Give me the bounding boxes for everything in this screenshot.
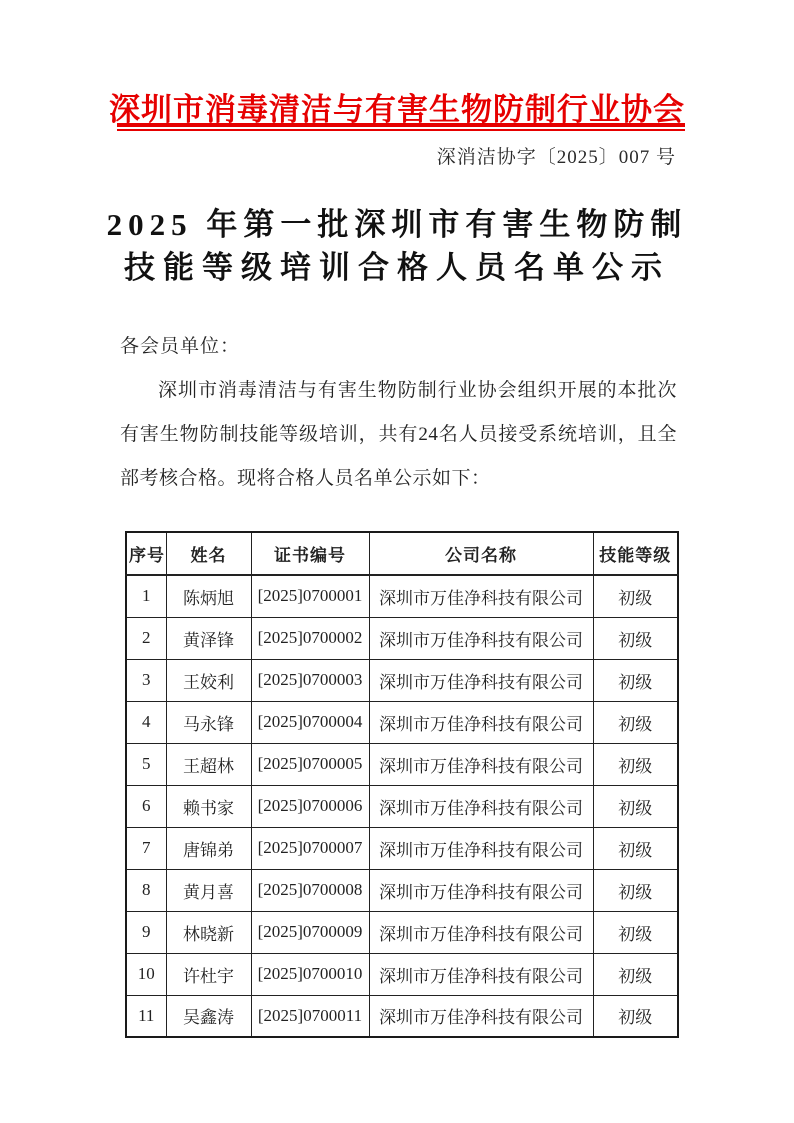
cell-name: 许杜宇 [166, 953, 251, 995]
cell-cert: [2025]0700006 [251, 785, 369, 827]
table-row: 10许杜宇[2025]0700010深圳市万佳净科技有限公司初级 [126, 953, 678, 995]
header-cert: 证书编号 [251, 532, 369, 575]
cell-cert: [2025]0700001 [251, 575, 369, 617]
cell-level: 初级 [593, 827, 678, 869]
announcement-title: 2025 年第一批深圳市有害生物防制 技能等级培训合格人员名单公示 [0, 203, 794, 289]
header-row: 序号 姓名 证书编号 公司名称 技能等级 [126, 532, 678, 575]
cell-cert: [2025]0700003 [251, 659, 369, 701]
letterhead-divider [117, 123, 685, 127]
header-index: 序号 [126, 532, 166, 575]
cell-name: 赖书家 [166, 785, 251, 827]
body-text: 各会员单位： 深圳市消毒清洁与有害生物防制行业协会组织开展的本批次有害生物防制技… [120, 325, 677, 501]
cell-level: 初级 [593, 743, 678, 785]
cell-cert: [2025]0700002 [251, 617, 369, 659]
cell-cert: [2025]0700007 [251, 827, 369, 869]
cell-level: 初级 [593, 575, 678, 617]
cell-company: 深圳市万佳净科技有限公司 [369, 995, 593, 1037]
cell-company: 深圳市万佳净科技有限公司 [369, 827, 593, 869]
table-row: 9林晓新[2025]0700009深圳市万佳净科技有限公司初级 [126, 911, 678, 953]
table-row: 4马永锋[2025]0700004深圳市万佳净科技有限公司初级 [126, 701, 678, 743]
cell-cert: [2025]0700010 [251, 953, 369, 995]
header-company: 公司名称 [369, 532, 593, 575]
table-row: 11吴鑫涛[2025]0700011深圳市万佳净科技有限公司初级 [126, 995, 678, 1037]
cell-cert: [2025]0700004 [251, 701, 369, 743]
cell-cert: [2025]0700009 [251, 911, 369, 953]
cell-company: 深圳市万佳净科技有限公司 [369, 617, 593, 659]
cell-index: 9 [126, 911, 166, 953]
announcement-title-line1: 2025 年第一批深圳市有害生物防制 [0, 203, 794, 246]
cell-company: 深圳市万佳净科技有限公司 [369, 575, 593, 617]
cell-name: 马永锋 [166, 701, 251, 743]
roster-table-header: 序号 姓名 证书编号 公司名称 技能等级 [126, 532, 678, 575]
document-page: 深圳市消毒清洁与有害生物防制行业协会 深消洁协字〔2025〕007 号 2025… [0, 0, 794, 1123]
table-row: 3王姣利[2025]0700003深圳市万佳净科技有限公司初级 [126, 659, 678, 701]
cell-level: 初级 [593, 953, 678, 995]
cell-index: 4 [126, 701, 166, 743]
cell-index: 6 [126, 785, 166, 827]
cell-company: 深圳市万佳净科技有限公司 [369, 701, 593, 743]
cell-company: 深圳市万佳净科技有限公司 [369, 869, 593, 911]
cell-company: 深圳市万佳净科技有限公司 [369, 953, 593, 995]
cell-cert: [2025]0700011 [251, 995, 369, 1037]
cell-level: 初级 [593, 995, 678, 1037]
cell-index: 7 [126, 827, 166, 869]
announcement-title-line2: 技能等级培训合格人员名单公示 [0, 246, 794, 289]
cell-name: 唐锦弟 [166, 827, 251, 869]
cell-index: 5 [126, 743, 166, 785]
cell-cert: [2025]0700005 [251, 743, 369, 785]
header-level: 技能等级 [593, 532, 678, 575]
cell-name: 黄月喜 [166, 869, 251, 911]
table-row: 6赖书家[2025]0700006深圳市万佳净科技有限公司初级 [126, 785, 678, 827]
cell-company: 深圳市万佳净科技有限公司 [369, 911, 593, 953]
table-row: 2黄泽锋[2025]0700002深圳市万佳净科技有限公司初级 [126, 617, 678, 659]
cell-index: 10 [126, 953, 166, 995]
cell-company: 深圳市万佳净科技有限公司 [369, 659, 593, 701]
cell-level: 初级 [593, 617, 678, 659]
roster-table-body: 1陈炳旭[2025]0700001深圳市万佳净科技有限公司初级2黄泽锋[2025… [126, 575, 678, 1037]
cell-name: 王超林 [166, 743, 251, 785]
cell-name: 陈炳旭 [166, 575, 251, 617]
cell-level: 初级 [593, 659, 678, 701]
cell-company: 深圳市万佳净科技有限公司 [369, 743, 593, 785]
cell-index: 11 [126, 995, 166, 1037]
cell-index: 1 [126, 575, 166, 617]
cell-index: 8 [126, 869, 166, 911]
cell-index: 2 [126, 617, 166, 659]
cell-level: 初级 [593, 701, 678, 743]
salutation: 各会员单位： [120, 325, 677, 369]
cell-level: 初级 [593, 911, 678, 953]
announcement-paragraph: 深圳市消毒清洁与有害生物防制行业协会组织开展的本批次有害生物防制技能等级培训，共… [120, 369, 677, 501]
cell-cert: [2025]0700008 [251, 869, 369, 911]
table-row: 5王超林[2025]0700005深圳市万佳净科技有限公司初级 [126, 743, 678, 785]
roster-table: 序号 姓名 证书编号 公司名称 技能等级 1陈炳旭[2025]0700001深圳… [125, 531, 679, 1038]
cell-name: 吴鑫涛 [166, 995, 251, 1037]
cell-level: 初级 [593, 785, 678, 827]
cell-name: 林晓新 [166, 911, 251, 953]
cell-index: 3 [126, 659, 166, 701]
table-row: 1陈炳旭[2025]0700001深圳市万佳净科技有限公司初级 [126, 575, 678, 617]
table-row: 7唐锦弟[2025]0700007深圳市万佳净科技有限公司初级 [126, 827, 678, 869]
doc-number: 深消洁协字〔2025〕007 号 [437, 142, 676, 169]
cell-level: 初级 [593, 869, 678, 911]
table-row: 8黄月喜[2025]0700008深圳市万佳净科技有限公司初级 [126, 869, 678, 911]
cell-name: 黄泽锋 [166, 617, 251, 659]
header-name: 姓名 [166, 532, 251, 575]
cell-company: 深圳市万佳净科技有限公司 [369, 785, 593, 827]
cell-name: 王姣利 [166, 659, 251, 701]
